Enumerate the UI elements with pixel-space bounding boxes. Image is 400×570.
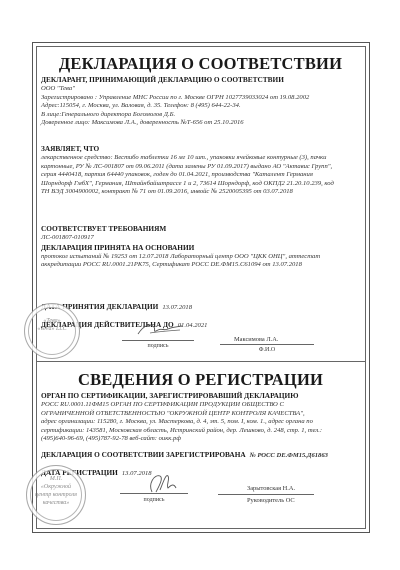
cert-body-line: ОГРАНИЧЕННОЙ ОТВЕТСТВЕННОСТЬЮ "ОКРУЖНОЙ …	[41, 410, 361, 419]
stamp-text: центр контроля	[27, 491, 85, 499]
declarant-block: ДЕКЛАРАНТ, ПРИНИМАЮЩИЙ ДЕКЛАРАЦИЮ О СООТ…	[41, 75, 361, 128]
requirements-block: СООТВЕТСТВУЕТ ТРЕБОВАНИЯМ ЛС-001807-0109…	[41, 224, 361, 270]
registered-label: ДЕКЛАРАЦИЯ О СООТВЕТСТВИИ ЗАРЕГИСТРИРОВА…	[41, 450, 246, 459]
cert-body-line: РОСС RU.0001.11ФМ15 ОРГАН ПО СЕРТИФИКАЦИ…	[41, 401, 361, 410]
cert-body-stamp: М.П. «Окружной центр контроля качества»	[26, 465, 86, 525]
stamp-text: «Тева»	[25, 317, 79, 325]
declarant-proxy: Доверенное лицо: Максимова Л.А., доверен…	[41, 119, 361, 128]
signature-caption: подпись	[122, 343, 194, 349]
stamp-text: «Teva» LLC	[25, 325, 79, 333]
registered-number: № РОСС DE.ФМ15.Д61863	[250, 452, 328, 459]
basis-line: аккредитации РОСС RU.0001.21РК75, Сертиф…	[41, 261, 361, 270]
declaration-title: ДЕКЛАРАЦИЯ О СООТВЕТСТВИИ	[36, 54, 365, 74]
declarant-signature-icon	[136, 321, 186, 337]
cert-signer-role: Руководитель ОС	[247, 497, 295, 504]
cert-signer-name: Зарытовская Н.А.	[247, 485, 295, 492]
cert-body-line: адрес организации: 115280, г. Москва, ул…	[41, 418, 361, 427]
basis-header: ДЕКЛАРАЦИЯ ПРИНЯТА НА ОСНОВАНИИ	[41, 243, 361, 253]
declarant-stamp: «Тева» «Teva» LLC	[24, 303, 80, 359]
stamp-text: качества»	[27, 499, 85, 507]
states-header: ЗАЯВЛЯЕТ, ЧТО	[41, 144, 361, 154]
registration-title: СВЕДЕНИЯ О РЕГИСТРАЦИИ	[36, 370, 365, 390]
signature-line	[120, 493, 188, 494]
product-line: серия 4440418, партия 64440 упаковок, го…	[41, 171, 361, 180]
product-line: лекарственное средство: Вестибо таблетки…	[41, 154, 361, 163]
product-line: картонные, РУ № ЛС-001807 от 09.06.2011 …	[41, 163, 361, 172]
cert-body-header: ОРГАН ПО СЕРТИФИКАЦИИ, ЗАРЕГИСТРИРОВАВШИ…	[41, 391, 361, 401]
declarant-signer-name: Максимова Л.А.	[234, 336, 278, 343]
name-line	[220, 344, 314, 345]
product-line: ТН ВЭД 3004900002, контракт № 71 от 01.0…	[41, 188, 361, 197]
name-line	[218, 494, 314, 495]
cert-body-line: сертификации: 143581, Московская область…	[41, 427, 361, 436]
declarant-address: Адрес:115054, г. Москва, ул. Валовая, д.…	[41, 102, 361, 111]
declarant-director: В лице:Генерального директора Богомолов …	[41, 111, 361, 120]
complies-header: СООТВЕТСТВУЕТ ТРЕБОВАНИЯМ	[41, 224, 361, 234]
basis-line: протокол испытаний № 19253 от 12.07.2018…	[41, 253, 361, 262]
complies-value: ЛС-001807-010917	[41, 234, 361, 243]
declarant-company: ООО "Тева"	[41, 85, 361, 94]
stamp-text: «Окружной	[27, 483, 85, 491]
product-line: Шорндорф ГмбХ", Германия, Штайнбайштрасс…	[41, 180, 361, 189]
name-caption: Ф.И.О	[220, 347, 314, 353]
section-divider	[36, 361, 365, 362]
dates-block: ДАТА ПРИНЯТИЯ ДЕКЛАРАЦИИ 13.07.2018 ДЕКЛ…	[41, 296, 361, 332]
cert-body-line: (495)640-96-69, (495)787-92-78 веб-сайт:…	[41, 435, 361, 444]
declarant-header: ДЕКЛАРАНТ, ПРИНИМАЮЩИЙ ДЕКЛАРАЦИЮ О СООТ…	[41, 75, 361, 85]
states-block: ЗАЯВЛЯЕТ, ЧТО лекарственное средство: Ве…	[41, 144, 361, 197]
date-accepted-value: 13.07.2018	[162, 304, 192, 311]
cert-body-block: ОРГАН ПО СЕРТИФИКАЦИИ, ЗАРЕГИСТРИРОВАВШИ…	[41, 391, 361, 480]
declarant-registration: Зарегистрировано : Управление МНС России…	[41, 94, 361, 103]
signature-line	[122, 340, 194, 341]
stamp-text: М.П.	[27, 475, 85, 483]
signature-caption: подпись	[120, 497, 188, 503]
